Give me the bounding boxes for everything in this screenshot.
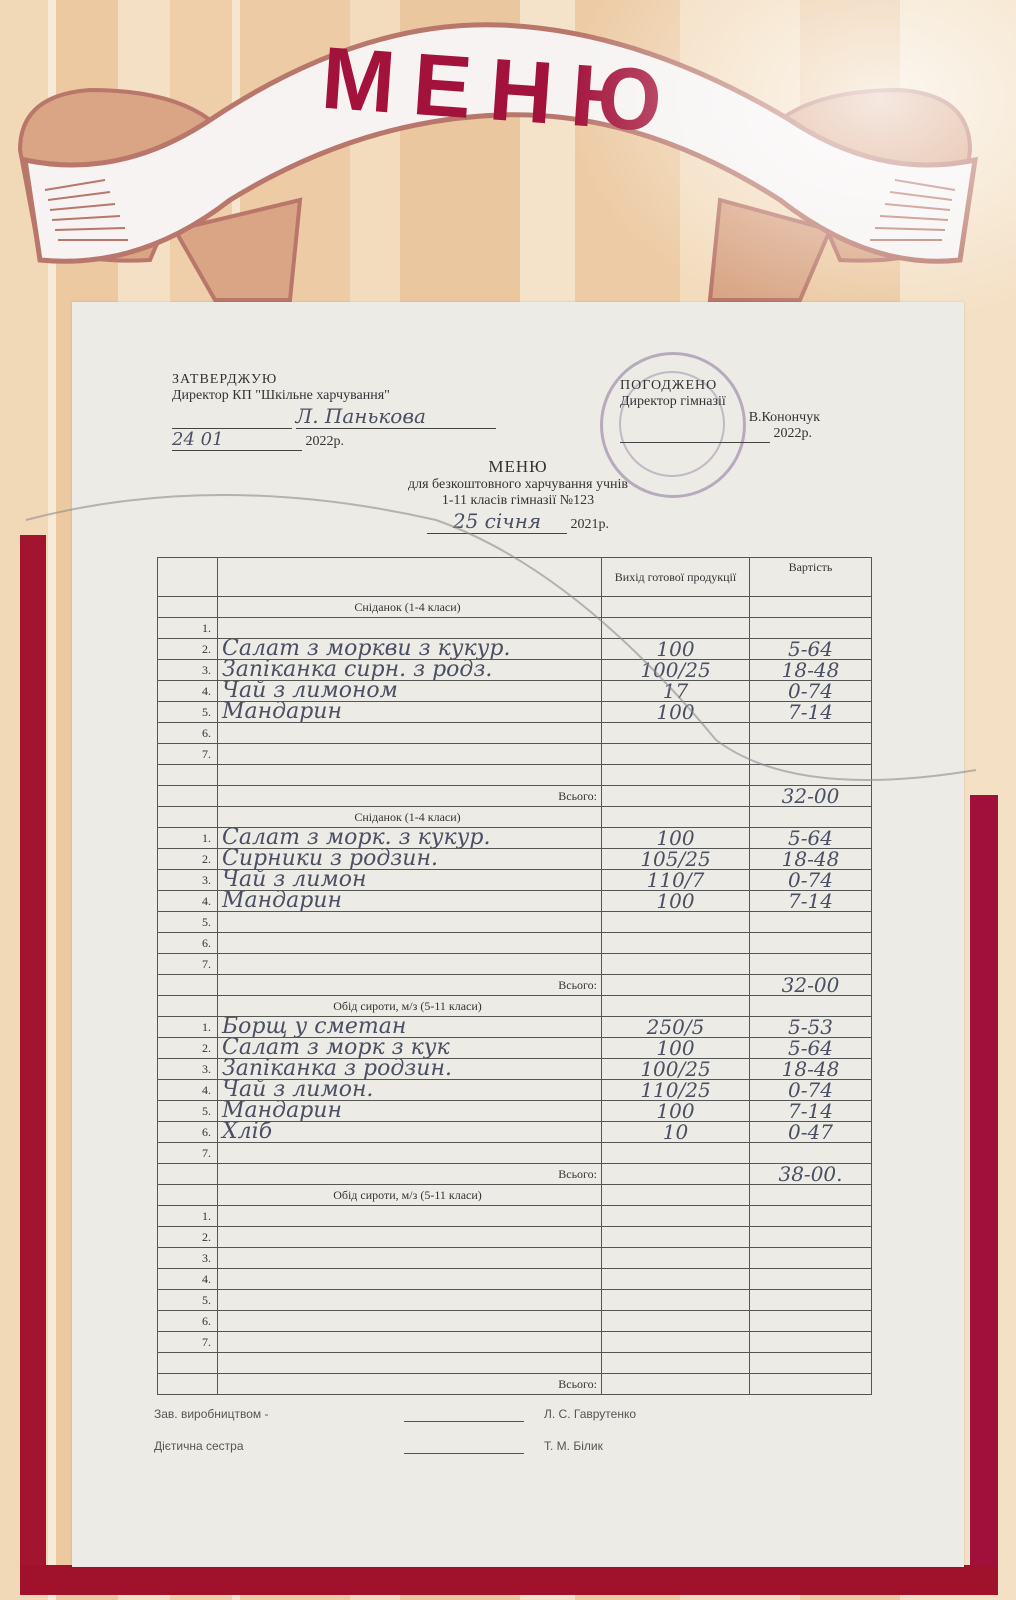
item-output (602, 744, 750, 765)
item-cost (750, 765, 872, 786)
section-row: Обід сироти, м/з (5-11 класи) (158, 996, 872, 1017)
svg-text:МЕНЮ: МЕНЮ (319, 28, 683, 152)
agreed-position: Директор гімназії (620, 394, 880, 410)
total-num (158, 975, 218, 996)
item-output (602, 954, 750, 975)
header-cost: Вартість (750, 558, 872, 597)
item-cost: 18-48 (750, 660, 872, 681)
section-cost (750, 996, 872, 1017)
item-name: Чай з лимоном (218, 681, 602, 702)
item-output (602, 765, 750, 786)
section-qty (602, 1185, 750, 1206)
menu-date: 25 січня (427, 509, 567, 534)
section-cost (750, 1185, 872, 1206)
item-cost: 0-74 (750, 1080, 872, 1101)
table-row: 4. (158, 1269, 872, 1290)
section-qty (602, 996, 750, 1017)
footer-name: Л. С. Гаврутенко (544, 1407, 636, 1421)
approver-name: Л. Панькова (296, 404, 496, 429)
item-output: 100 (602, 639, 750, 660)
table-row: 3.Запіканка з родзин.100/2518-48 (158, 1059, 872, 1080)
item-cost (750, 954, 872, 975)
item-output: 250/5 (602, 1017, 750, 1038)
table-row: 6. (158, 723, 872, 744)
item-cost: 5-64 (750, 828, 872, 849)
table-row: 3.Запіканка сирн. з родз.100/2518-48 (158, 660, 872, 681)
item-output (602, 1206, 750, 1227)
table-row: 3. (158, 1248, 872, 1269)
section-row: Сніданок (1-4 класи) (158, 597, 872, 618)
item-name: Салат з моркви з кукур. (218, 639, 602, 660)
item-name: Мандарин (218, 702, 602, 723)
item-number: 1. (158, 828, 218, 849)
item-cost: 7-14 (750, 1101, 872, 1122)
table-row: 5.Мандарин1007-14 (158, 1101, 872, 1122)
item-name (218, 723, 602, 744)
item-output (602, 1311, 750, 1332)
item-number: 5. (158, 1101, 218, 1122)
total-cost (750, 1374, 872, 1395)
item-cost (750, 1248, 872, 1269)
agreed-year: 2022р. (774, 426, 813, 441)
item-output: 10 (602, 1122, 750, 1143)
item-cost: 7-14 (750, 891, 872, 912)
table-row: 2. (158, 1227, 872, 1248)
item-output (602, 1248, 750, 1269)
item-name (218, 618, 602, 639)
header-name (218, 558, 602, 597)
item-name: Запіканка сирн. з родз. (218, 660, 602, 681)
item-name (218, 1332, 602, 1353)
footer-row: Зав. виробництвом - Л. С. Гаврутенко (154, 1407, 854, 1439)
total-num (158, 786, 218, 807)
item-number: 6. (158, 1311, 218, 1332)
section-num (158, 996, 218, 1017)
item-name (218, 1143, 602, 1164)
item-number: 3. (158, 870, 218, 891)
item-cost (750, 912, 872, 933)
table-row: 1.Борщ у сметан250/55-53 (158, 1017, 872, 1038)
table-row: 4.Чай з лимон.110/250-74 (158, 1080, 872, 1101)
table-row: 6.Хліб100-47 (158, 1122, 872, 1143)
item-number: 3. (158, 660, 218, 681)
item-cost (750, 1353, 872, 1374)
item-cost (750, 1311, 872, 1332)
total-num (158, 1374, 218, 1395)
section-cost (750, 807, 872, 828)
table-row: 5. (158, 1290, 872, 1311)
item-number: 5. (158, 912, 218, 933)
total-qty (602, 1164, 750, 1185)
table-row: 2.Салат з моркви з кукур.1005-64 (158, 639, 872, 660)
section-title: Сніданок (1-4 класи) (218, 807, 602, 828)
item-name: Хліб (218, 1122, 602, 1143)
approval-block: ЗАТВЕРДЖУЮ Директор КП "Шкільне харчуван… (172, 372, 552, 451)
section-row: Обід сироти, м/з (5-11 класи) (158, 1185, 872, 1206)
item-cost (750, 1206, 872, 1227)
item-name (218, 1353, 602, 1374)
table-row: 5. (158, 912, 872, 933)
table-row: 6. (158, 1311, 872, 1332)
table-row: 7. (158, 744, 872, 765)
approved-position: Директор КП "Шкільне харчування" (172, 388, 552, 404)
footer-role: Зав. виробництвом - (154, 1407, 268, 1421)
section-title: Обід сироти, м/з (5-11 класи) (218, 996, 602, 1017)
item-number: 7. (158, 954, 218, 975)
item-output: 110/25 (602, 1080, 750, 1101)
table-row: 6. (158, 933, 872, 954)
total-qty (602, 975, 750, 996)
item-number: 7. (158, 744, 218, 765)
item-cost (750, 1269, 872, 1290)
item-number: 4. (158, 1080, 218, 1101)
table-row (158, 765, 872, 786)
item-output (602, 1353, 750, 1374)
total-cost: 32-00 (750, 975, 872, 996)
menu-year: 2021р. (571, 517, 610, 532)
total-cost: 38-00. (750, 1164, 872, 1185)
item-number: 1. (158, 618, 218, 639)
total-row: Всього: (158, 1374, 872, 1395)
agreed-signature (620, 426, 770, 443)
item-output (602, 723, 750, 744)
footer-name: Т. М. Білик (544, 1439, 603, 1453)
section-title: Обід сироти, м/з (5-11 класи) (218, 1185, 602, 1206)
item-output (602, 618, 750, 639)
item-number: 6. (158, 1122, 218, 1143)
agreement-block: ПОГОДЖЕНО Директор гімназії В.Конончук 2… (620, 378, 880, 443)
section-title: Сніданок (1-4 класи) (218, 597, 602, 618)
menu-table: Вихід готової продукції Вартість Снідано… (157, 557, 872, 1395)
table-row: 7. (158, 954, 872, 975)
item-cost (750, 618, 872, 639)
table-row: 4.Мандарин1007-14 (158, 891, 872, 912)
table-row (158, 1353, 872, 1374)
total-row: Всього:38-00. (158, 1164, 872, 1185)
frame-right (970, 795, 998, 1575)
document-title: МЕНЮ (72, 457, 964, 477)
item-name: Чай з лимон (218, 870, 602, 891)
table-row: 2.Сирники з родзин.105/2518-48 (158, 849, 872, 870)
total-label: Всього: (218, 975, 602, 996)
item-cost (750, 1332, 872, 1353)
table-row: 1. (158, 618, 872, 639)
item-name: Борщ у сметан (218, 1017, 602, 1038)
total-qty (602, 786, 750, 807)
signature-line (404, 1421, 524, 1422)
table-row: 5.Мандарин1007-14 (158, 702, 872, 723)
section-cost (750, 597, 872, 618)
approved-year: 2022р. (306, 434, 345, 449)
menu-sheet: ЗАТВЕРДЖУЮ Директор КП "Шкільне харчуван… (72, 302, 964, 1567)
item-cost: 5-64 (750, 639, 872, 660)
table-header-row: Вихід готової продукції Вартість (158, 558, 872, 597)
item-cost: 5-64 (750, 1038, 872, 1059)
item-cost (750, 1227, 872, 1248)
section-num (158, 597, 218, 618)
item-output (602, 933, 750, 954)
menu-banner: МЕНЮ (0, 0, 1016, 320)
item-number: 3. (158, 1248, 218, 1269)
item-name (218, 1269, 602, 1290)
item-cost (750, 1143, 872, 1164)
item-number: 2. (158, 849, 218, 870)
item-output (602, 1227, 750, 1248)
table-row: 3.Чай з лимон110/70-74 (158, 870, 872, 891)
item-name (218, 765, 602, 786)
item-output: 110/7 (602, 870, 750, 891)
item-name (218, 1290, 602, 1311)
item-output (602, 1332, 750, 1353)
signatures-footer: Зав. виробництвом - Л. С. Гаврутенко Діє… (154, 1407, 854, 1471)
item-output: 100 (602, 1038, 750, 1059)
item-output: 100 (602, 828, 750, 849)
section-qty (602, 807, 750, 828)
signature-line (404, 1453, 524, 1454)
item-name: Мандарин (218, 891, 602, 912)
item-number: 1. (158, 1017, 218, 1038)
item-number: 2. (158, 1038, 218, 1059)
item-output: 100 (602, 702, 750, 723)
table-row: 2.Салат з морк з кук1005-64 (158, 1038, 872, 1059)
item-number: 2. (158, 639, 218, 660)
item-number: 7. (158, 1143, 218, 1164)
approved-label: ЗАТВЕРДЖУЮ (172, 372, 552, 388)
item-number: 6. (158, 723, 218, 744)
item-name (218, 1206, 602, 1227)
footer-role: Дієтична сестра (154, 1439, 244, 1453)
item-name: Сирники з родзин. (218, 849, 602, 870)
approved-date: 24 01 (172, 429, 302, 451)
section-row: Сніданок (1-4 класи) (158, 807, 872, 828)
item-output: 105/25 (602, 849, 750, 870)
item-cost: 18-48 (750, 1059, 872, 1080)
item-name: Мандарин (218, 1101, 602, 1122)
item-output: 100 (602, 1101, 750, 1122)
item-number: 5. (158, 702, 218, 723)
table-row: 1.Салат з морк. з кукур.1005-64 (158, 828, 872, 849)
item-cost (750, 723, 872, 744)
frame-left (20, 535, 46, 1575)
item-number: 7. (158, 1332, 218, 1353)
item-name: Чай з лимон. (218, 1080, 602, 1101)
agreed-name: В.Конончук (620, 410, 880, 426)
item-cost: 7-14 (750, 702, 872, 723)
item-cost: 5-53 (750, 1017, 872, 1038)
item-number: 3. (158, 1059, 218, 1080)
item-name (218, 933, 602, 954)
item-output (602, 1143, 750, 1164)
total-num (158, 1164, 218, 1185)
item-name (218, 954, 602, 975)
total-qty (602, 1374, 750, 1395)
item-number: 6. (158, 933, 218, 954)
item-cost: 0-74 (750, 681, 872, 702)
header-output: Вихід готової продукції (602, 558, 750, 597)
item-output: 100/25 (602, 660, 750, 681)
document-subtitle-2: 1-11 класів гімназії №123 (72, 493, 964, 509)
item-name (218, 1311, 602, 1332)
item-name (218, 912, 602, 933)
section-num (158, 1185, 218, 1206)
section-qty (602, 597, 750, 618)
total-label: Всього: (218, 1374, 602, 1395)
item-output (602, 1269, 750, 1290)
item-output: 100 (602, 891, 750, 912)
table-row: 7. (158, 1143, 872, 1164)
item-name: Салат з морк. з кукур. (218, 828, 602, 849)
item-number: 2. (158, 1227, 218, 1248)
item-number: 1. (158, 1206, 218, 1227)
total-row: Всього:32-00 (158, 786, 872, 807)
item-number (158, 765, 218, 786)
table-row: 7. (158, 1332, 872, 1353)
footer-row: Дієтична сестра Т. М. Білик (154, 1439, 854, 1471)
item-cost: 0-74 (750, 870, 872, 891)
item-name: Запіканка з родзин. (218, 1059, 602, 1080)
frame-bottom (20, 1565, 998, 1595)
approver-signature (172, 407, 292, 429)
section-num (158, 807, 218, 828)
item-number: 4. (158, 891, 218, 912)
item-output: 17 (602, 681, 750, 702)
document-title-block: МЕНЮ для безкоштовного харчування учнів … (72, 457, 964, 534)
table-row: 4.Чай з лимоном170-74 (158, 681, 872, 702)
document-subtitle-1: для безкоштовного харчування учнів (72, 477, 964, 493)
item-cost: 18-48 (750, 849, 872, 870)
agreed-label: ПОГОДЖЕНО (620, 378, 880, 394)
item-output (602, 912, 750, 933)
item-number (158, 1353, 218, 1374)
total-label: Всього: (218, 1164, 602, 1185)
item-number: 5. (158, 1290, 218, 1311)
item-name: Салат з морк з кук (218, 1038, 602, 1059)
item-number: 4. (158, 681, 218, 702)
item-name (218, 744, 602, 765)
total-cost: 32-00 (750, 786, 872, 807)
item-output (602, 1290, 750, 1311)
item-cost (750, 1290, 872, 1311)
total-label: Всього: (218, 786, 602, 807)
banner-title: МЕНЮ (0, 0, 1016, 320)
item-cost (750, 744, 872, 765)
total-row: Всього:32-00 (158, 975, 872, 996)
table-row: 1. (158, 1206, 872, 1227)
item-cost (750, 933, 872, 954)
item-name (218, 1227, 602, 1248)
item-output: 100/25 (602, 1059, 750, 1080)
item-number: 4. (158, 1269, 218, 1290)
header-num (158, 558, 218, 597)
item-cost: 0-47 (750, 1122, 872, 1143)
item-name (218, 1248, 602, 1269)
